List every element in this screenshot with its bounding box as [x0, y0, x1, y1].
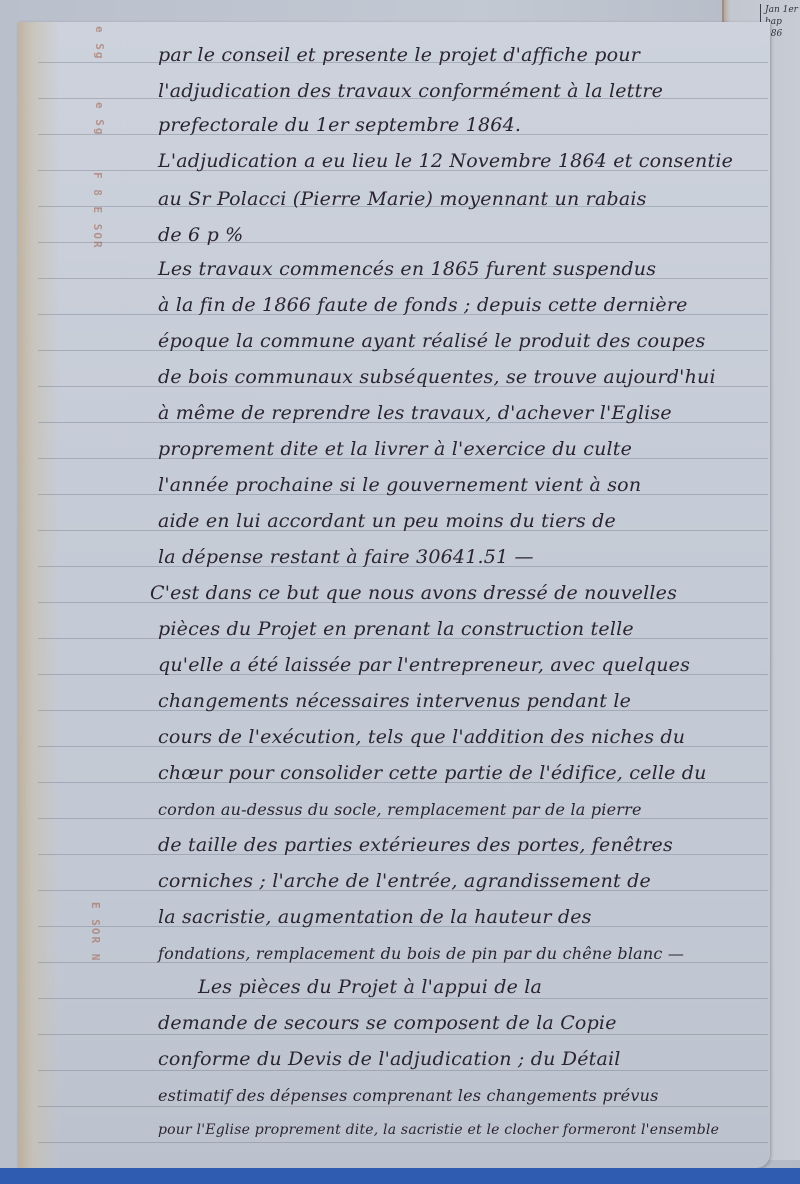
- text-line: changements nécessaires intervenus penda…: [158, 690, 631, 712]
- text-line: à la fin de 1866 faute de fonds ; depuis…: [158, 294, 688, 316]
- text-line: Les pièces du Projet à l'appui de la: [198, 976, 542, 998]
- text-line: aide en lui accordant un peu moins du ti…: [158, 510, 616, 532]
- blue-surface-strip: [0, 1168, 800, 1184]
- text-line: l'année prochaine si le gouvernement vie…: [158, 474, 641, 496]
- text-line: de bois communaux subséquentes, se trouv…: [158, 366, 716, 388]
- text-line: de 6 p %: [158, 224, 243, 246]
- text-line: l'adjudication des travaux conformément …: [158, 80, 663, 102]
- text-line: la sacristie, augmentation de la hauteur…: [158, 906, 592, 928]
- ruled-line: [38, 1142, 768, 1143]
- text-line: fondations, remplacement du bois de pin …: [158, 944, 684, 963]
- ruled-line: [38, 242, 768, 243]
- text-line: conforme du Devis de l'adjudication ; du…: [158, 1048, 621, 1070]
- margin-stamp-mark: e Sg: [70, 26, 106, 61]
- manuscript-page: e Sg e Sg F 8 E SOR E SOR N par le conse…: [18, 22, 770, 1168]
- text-line: par le conseil et presente le projet d'a…: [158, 44, 640, 66]
- text-line: qu'elle a été laissée par l'entrepreneur…: [158, 654, 690, 676]
- text-line: pour l'Eglise proprement dite, la sacris…: [158, 1122, 719, 1138]
- text-line: C'est dans ce but que nous avons dressé …: [150, 582, 677, 604]
- ruled-line: [38, 998, 768, 999]
- ruled-line: [38, 1070, 768, 1071]
- side-note-line-1: Jan 1er bap: [765, 4, 800, 28]
- side-note-line-2: 186: [765, 28, 800, 40]
- text-line: prefectorale du 1er septembre 1864.: [158, 114, 521, 136]
- ruled-line: [38, 1034, 768, 1035]
- text-line: chœur pour consolider cette partie de l'…: [158, 762, 707, 784]
- text-line: à même de reprendre les travaux, d'achev…: [158, 402, 672, 424]
- text-line: la dépense restant à faire 30641.51 —: [158, 546, 534, 568]
- text-line: au Sr Polacci (Pierre Marie) moyennant u…: [158, 188, 647, 210]
- text-line: de taille des parties extérieures des po…: [158, 834, 673, 856]
- text-line: pièces du Projet en prenant la construct…: [158, 618, 634, 640]
- margin-stamp-mark: E SOR N: [66, 902, 102, 962]
- margin-stamp-mark: e Sg: [70, 102, 106, 137]
- text-line: proprement dite et la livrer à l'exercic…: [158, 438, 632, 460]
- text-line: époque la commune ayant réalisé le produ…: [158, 330, 705, 352]
- text-line: estimatif des dépenses comprenant les ch…: [158, 1086, 658, 1105]
- text-line: Les travaux commencés en 1865 furent sus…: [158, 258, 656, 280]
- margin-stamp-mark: F 8 E SOR: [68, 172, 104, 250]
- page-margin-edge: [18, 22, 60, 1168]
- text-line: L'adjudication a eu lieu le 12 Novembre …: [158, 150, 733, 172]
- text-line: cours de l'exécution, tels que l'additio…: [158, 726, 685, 748]
- text-line: corniches ; l'arche de l'entrée, agrandi…: [158, 870, 651, 892]
- text-line: demande de secours se composent de la Co…: [158, 1012, 617, 1034]
- text-line: cordon au-dessus du socle, remplacement …: [158, 800, 642, 819]
- ruled-line: [38, 1106, 768, 1107]
